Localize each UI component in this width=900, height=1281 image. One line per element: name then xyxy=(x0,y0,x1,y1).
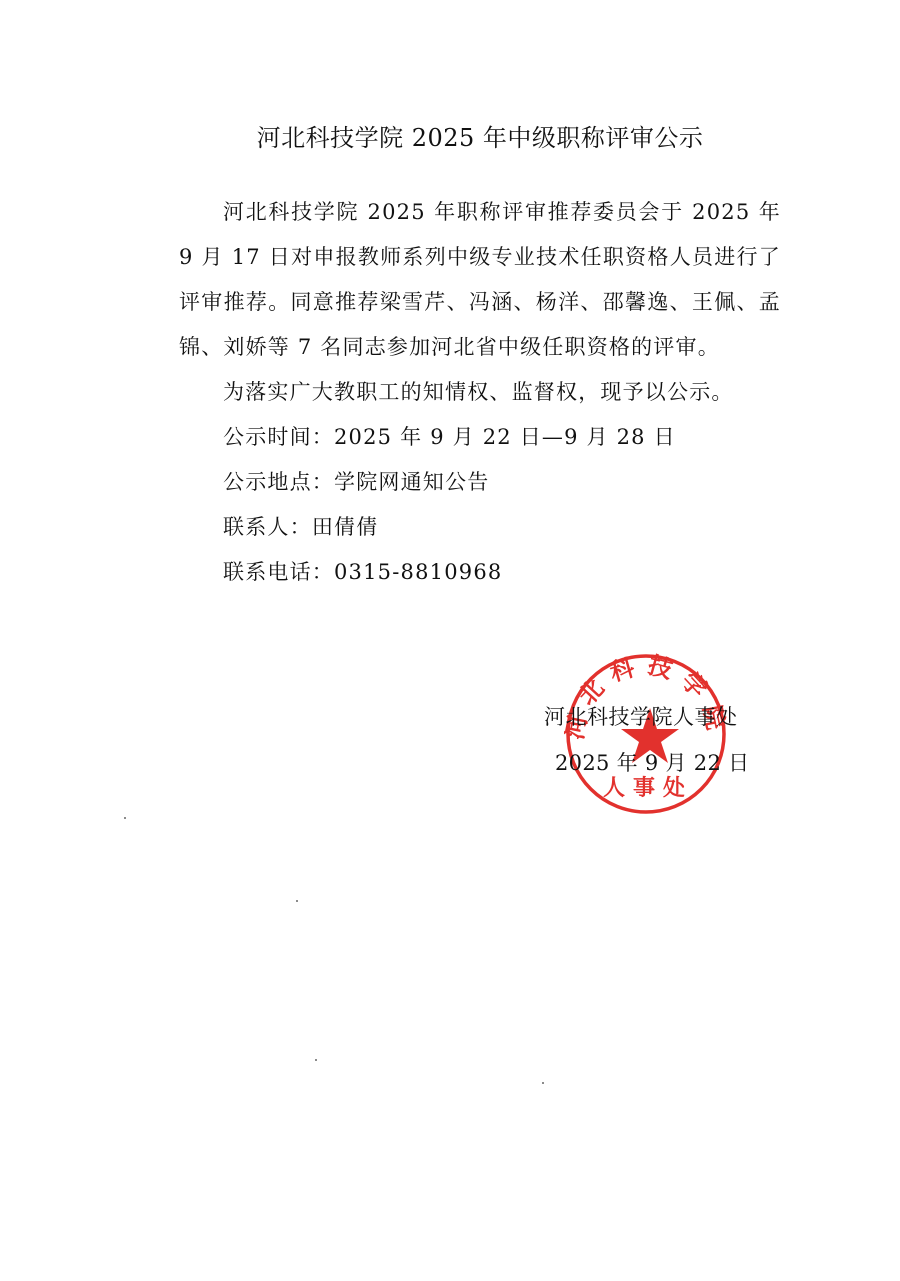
contact-phone-line: 联系电话：0315-8810968 xyxy=(179,550,781,595)
cut-off-footer-line xyxy=(40,1276,860,1281)
contact-person-line: 联系人：田倩倩 xyxy=(179,505,781,550)
signing-organization: 河北科技学院人事处 xyxy=(544,694,749,740)
publicity-period-label: 公示时间： xyxy=(223,425,334,449)
scan-speck xyxy=(542,1082,544,1084)
announcement-paragraph: 河北科技学院 2025 年职称评审推荐委员会于 2025 年 9 月 17 日对… xyxy=(179,190,781,370)
publicity-location-label: 公示地点： xyxy=(223,470,334,494)
document-title: 河北科技学院 2025 年中级职称评审公示 xyxy=(0,121,900,155)
scan-speck xyxy=(124,817,126,819)
signing-date: 2025 年 9 月 22 日 xyxy=(544,740,749,786)
purpose-paragraph: 为落实广大教职工的知情权、监督权，现予以公示。 xyxy=(179,370,781,415)
signature-block: 河北科技学院人事处 2025 年 9 月 22 日 xyxy=(544,694,749,786)
scan-speck xyxy=(315,1059,317,1061)
publicity-location-line: 公示地点：学院网通知公告 xyxy=(179,460,781,505)
publicity-period-line: 公示时间：2025 年 9 月 22 日—9 月 28 日 xyxy=(179,415,781,460)
contact-phone-label: 联系电话： xyxy=(223,560,334,584)
scan-speck xyxy=(296,900,298,902)
publicity-period-value: 2025 年 9 月 22 日—9 月 28 日 xyxy=(334,425,676,449)
document-body: 河北科技学院 2025 年职称评审推荐委员会于 2025 年 9 月 17 日对… xyxy=(179,190,781,595)
contact-phone-value: 0315-8810968 xyxy=(334,560,502,584)
document-page: 河北科技学院 2025 年中级职称评审公示 河北科技学院 2025 年职称评审推… xyxy=(0,0,900,1281)
publicity-location-value: 学院网通知公告 xyxy=(334,470,489,494)
contact-person-value: 田倩倩 xyxy=(312,515,379,539)
contact-person-label: 联系人： xyxy=(223,515,312,539)
